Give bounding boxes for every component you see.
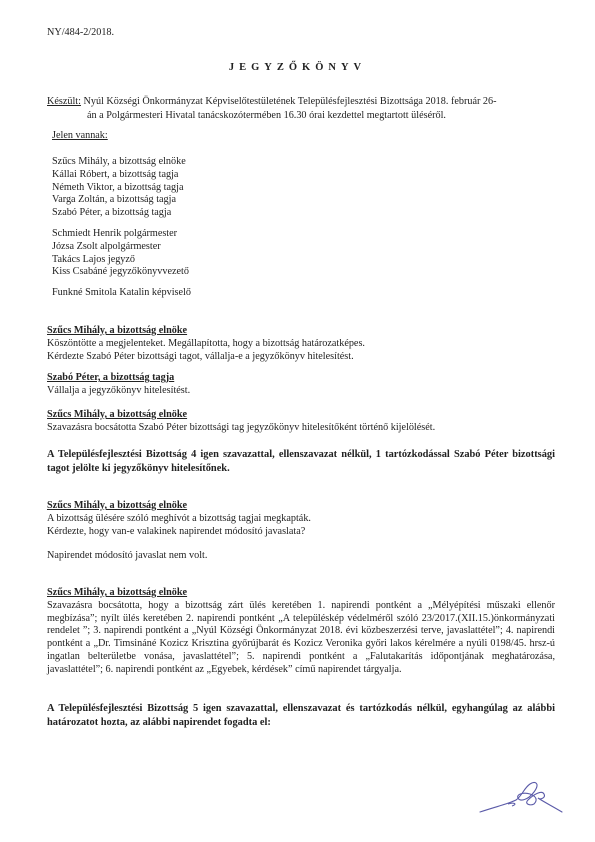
section-line: A bizottság ülésére szóló meghívót a biz… (47, 513, 555, 526)
resolution-text: A Településfejlesztési Bizottság 4 igen … (47, 448, 555, 476)
present-heading: Jelen vannak: (52, 130, 108, 141)
speaker-heading: Szabó Péter, a bizottság tagja (47, 372, 555, 385)
list-item: Németh Viktor, a bizottság tagja (52, 182, 186, 195)
list-item: Kiss Csabáné jegyzőkönyvvezető (52, 266, 189, 279)
signature-icon (478, 778, 568, 816)
section-line: Kérdezte, hogy van-e valakinek napirende… (47, 526, 555, 539)
section-line: Kérdezte Szabó Péter bizottsági tagot, v… (47, 351, 555, 364)
made-text-line2: án a Polgármesteri Hivatal tanácskozóter… (47, 109, 555, 123)
list-item: Kállai Róbert, a bizottság tagja (52, 169, 186, 182)
speaker-heading: Szűcs Mihály, a bizottság elnöke (47, 409, 555, 422)
section-paragraph: Szavazásra bocsátotta, hogy a bizottság … (47, 600, 555, 677)
list-item: Varga Zoltán, a bizottság tagja (52, 194, 186, 207)
speaker-heading: Szűcs Mihály, a bizottság elnöke (47, 500, 555, 513)
section-line: Köszöntötte a megjelenteket. Megállapíto… (47, 338, 555, 351)
made-text-line1: Nyúl Községi Önkormányzat Képviselőtestü… (84, 96, 497, 107)
section-line: Vállalja a jegyzőkönyv hitelesítést. (47, 385, 555, 398)
minutes-section: Szűcs Mihály, a bizottság elnöke Köszönt… (47, 325, 555, 363)
document-title: JEGYZŐKÖNYV (0, 62, 595, 73)
officials-list: Schmiedt Henrik polgármester Józsa Zsolt… (52, 228, 189, 279)
section-note: Napirendet módosító javaslat nem volt. (47, 550, 555, 563)
meeting-info: Készült: Nyúl Községi Önkormányzat Képvi… (47, 95, 555, 123)
minutes-section: Szűcs Mihály, a bizottság elnöke Szavazá… (47, 409, 555, 435)
list-item: Funkné Smitola Katalin képviselő (52, 287, 191, 300)
speaker-heading: Szűcs Mihály, a bizottság elnöke (47, 587, 555, 600)
guests-list: Funkné Smitola Katalin képviselő (52, 287, 191, 300)
minutes-section: Szűcs Mihály, a bizottság elnöke Szavazá… (47, 587, 555, 677)
speaker-heading: Szűcs Mihály, a bizottság elnöke (47, 325, 555, 338)
minutes-section: Szabó Péter, a bizottság tagja Vállalja … (47, 372, 555, 398)
list-item: Józsa Zsolt alpolgármester (52, 241, 189, 254)
list-item: Szűcs Mihály, a bizottság elnöke (52, 156, 186, 169)
list-item: Schmiedt Henrik polgármester (52, 228, 189, 241)
minutes-section: Szűcs Mihály, a bizottság elnöke A bizot… (47, 500, 555, 563)
committee-members-list: Szűcs Mihály, a bizottság elnöke Kállai … (52, 156, 186, 220)
section-line: Szavazásra bocsátotta Szabó Péter bizott… (47, 422, 555, 435)
list-item: Takács Lajos jegyző (52, 254, 189, 267)
list-item: Szabó Péter, a bizottság tagja (52, 207, 186, 220)
resolution-text: A Településfejlesztési Bizottság 5 igen … (47, 702, 555, 730)
made-label: Készült: (47, 96, 81, 107)
document-reference-number: NY/484-2/2018. (47, 27, 114, 38)
